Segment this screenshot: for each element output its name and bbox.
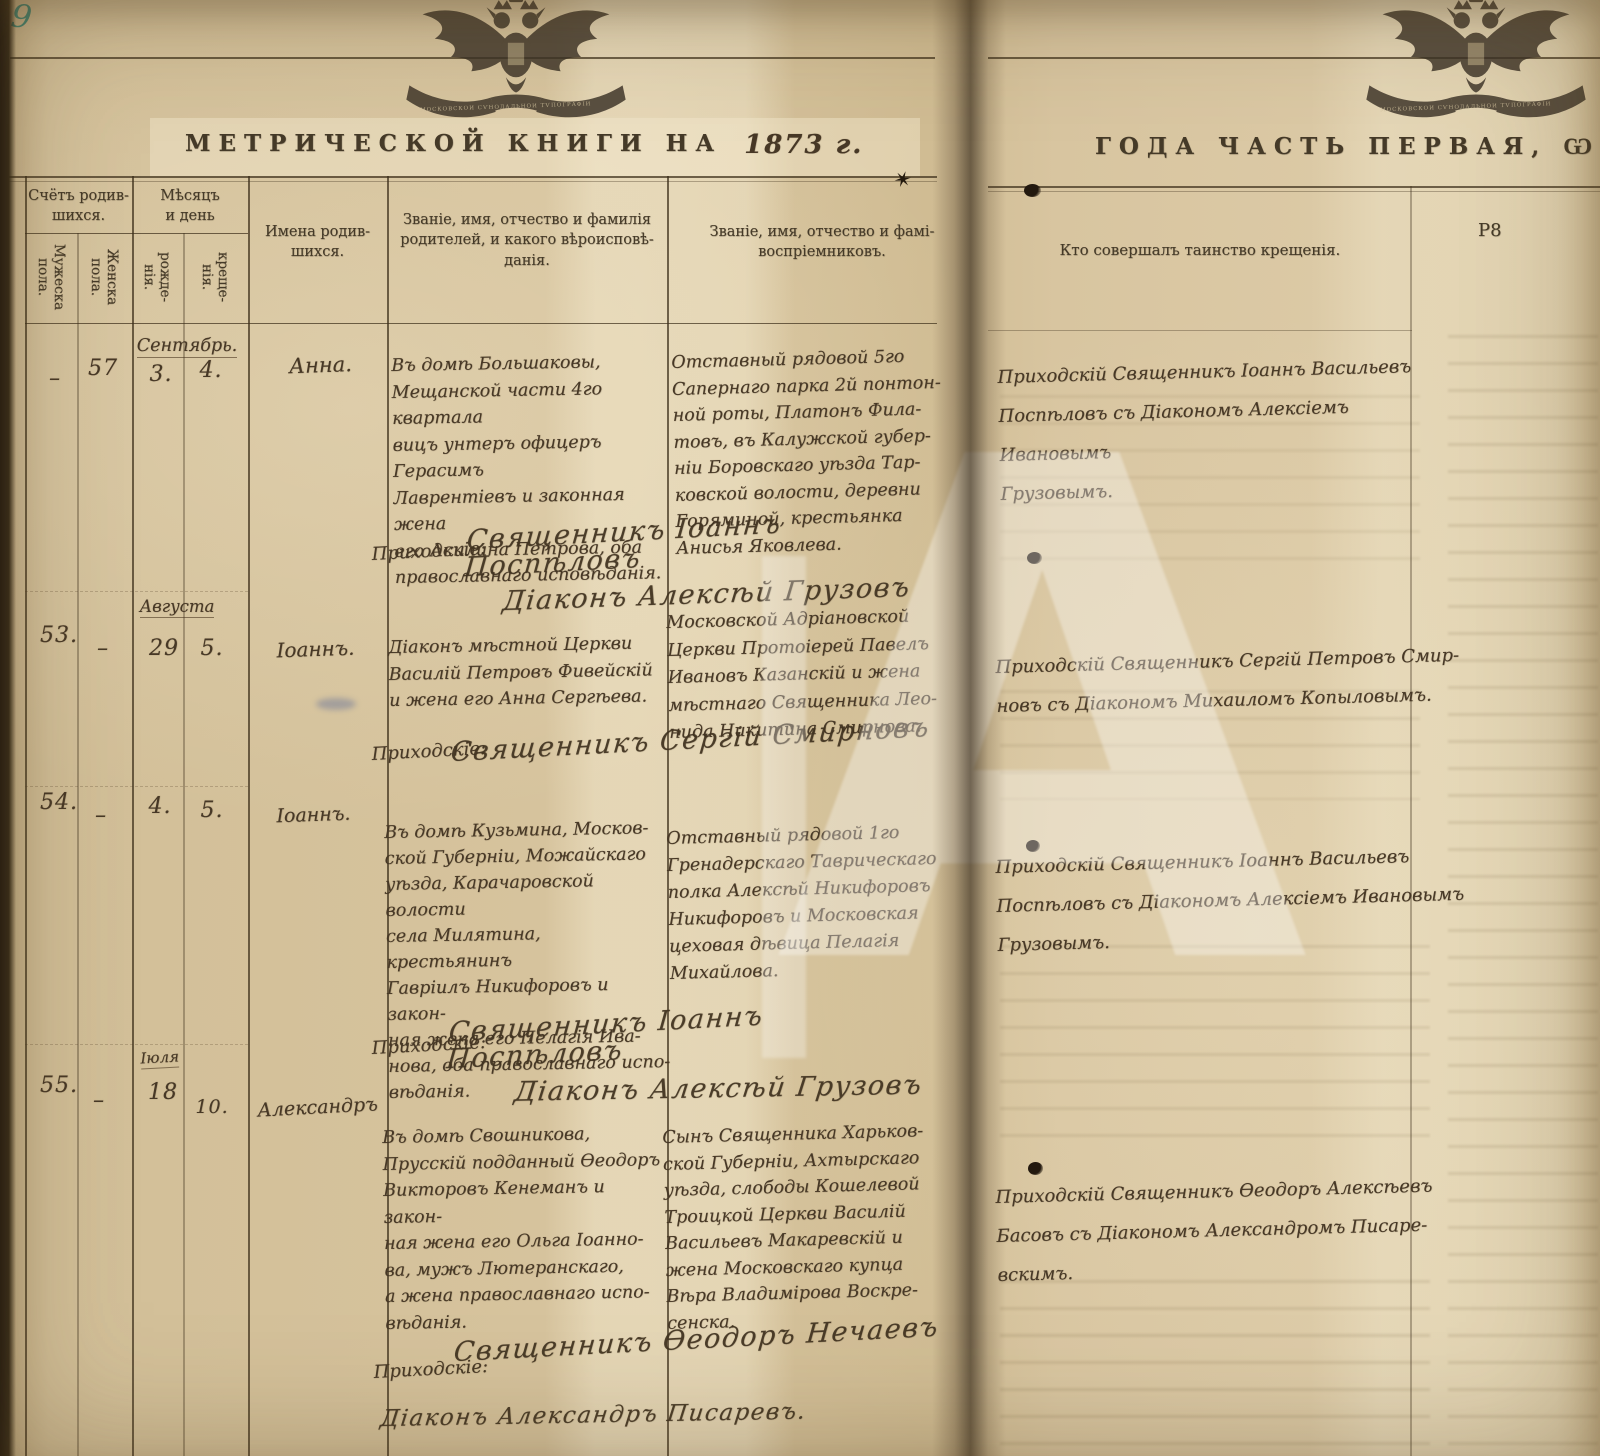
entry4-month: Іюля: [130, 1043, 189, 1072]
vrule-date-names: [248, 176, 250, 1456]
entry4-baptized-day: 10.: [192, 1094, 232, 1121]
entry1-name: Анна.: [268, 350, 373, 380]
colhead-baptized: креще- нія.: [197, 227, 233, 327]
entry1-male-count: –: [40, 366, 70, 393]
table-top-rule-left: [8, 176, 937, 178]
colhead-performed-by: Кто совершалъ таинство крещенія.: [1000, 240, 1400, 261]
table-top-rule-right: [988, 186, 1600, 188]
punch-hole: [1027, 552, 1042, 564]
ink-smudge-blue: [316, 698, 356, 710]
colhead-parents: Званіе, имя, отчество и фамилія родителе…: [390, 210, 664, 271]
entry4-female-count: –: [86, 1088, 112, 1115]
left-page-title: МЕТРИЧЕСКОЙ КНИГИ НА 1873 г.: [185, 130, 857, 157]
entry2-baptized-day: 5.: [196, 636, 228, 663]
row-separator: [25, 786, 248, 787]
right-margin-fragment: Р8: [1478, 220, 1502, 241]
colhead-names: Имена родив- шихся.: [252, 222, 383, 263]
left-page-title-printed: МЕТРИЧЕСКОЙ КНИГИ НА: [185, 130, 722, 157]
entry2-parents: Діаконъ мѣстной Церкви Василій Петровъ Ф…: [388, 630, 665, 714]
book-binding-edge: [0, 0, 16, 1456]
colhead-male: Мужеска пола.: [33, 227, 69, 327]
punch-hole: [1026, 840, 1040, 852]
entry2-female-count: –: [90, 636, 116, 663]
colhead-born: рожде- нія.: [139, 227, 175, 327]
bleed-through-block-3: [1000, 945, 1430, 1145]
entry3-godparents: Отставный рядовой 1го Гренадерскаго Тавр…: [666, 819, 954, 988]
entry2-performed-by: Приходскій Священникъ Сергій Петровъ Сми…: [995, 635, 1507, 726]
entry3-performed-by: Приходскій Священникъ Іоаннъ Васильевъ П…: [995, 836, 1468, 965]
entry2-male-count: 53.: [38, 623, 80, 650]
entry3-born-day: 4.: [144, 794, 176, 821]
punch-hole: [1024, 184, 1041, 197]
colhead-female: Женска пола.: [86, 227, 122, 327]
table-top-rule-right-2: [988, 191, 1600, 192]
entry2-name: Іоаннъ.: [258, 634, 373, 664]
entry1-baptized-day: 4.: [194, 358, 228, 385]
entry3-signature-deacon: Діаконъ Алексѣй Грузовъ: [497, 1072, 940, 1106]
entry4-parents: Въ домѣ Свошникова, Прусскій подданный Ѳ…: [382, 1120, 668, 1337]
entry4-godparents: Сынъ Священника Харьков- ской Губерніи, …: [662, 1117, 957, 1337]
colhead-godparents: Званіе, имя, отчество и фамі- воспріемни…: [672, 222, 972, 263]
entry4-name: Александръ: [250, 1091, 385, 1124]
entry1-performed-by: Приходскій Священникъ Іоаннъ Васильевъ П…: [997, 346, 1461, 514]
bleed-through-margin-column: [1448, 335, 1598, 1450]
right-page-title: ГОДА ЧАСТЬ ПЕРВАЯ, Ѡ РО: [1095, 133, 1600, 160]
vrule-table-left-edge: [25, 176, 27, 1456]
page-corner-number: 49: [0, 0, 34, 37]
entry3-female-count: –: [88, 803, 114, 830]
entry3-male-count: 54.: [36, 790, 82, 817]
vrule-male-female: [77, 233, 79, 1456]
eagle-head: [522, 12, 538, 28]
entry1-month: Сентябрь.: [133, 333, 241, 360]
colhead-count-group: Счётъ родив- шихся.: [25, 186, 132, 227]
colhead-date-group: Мѣсяцъ и день: [132, 186, 248, 227]
left-page-title-year: 1873 г.: [744, 130, 863, 160]
entry3-baptized-day: 5.: [196, 798, 228, 825]
metrical-book-scan: 49 МОСКОВСКОЙ СѴНОДАЛЬНОЙ ТѴПОГРАФІИ: [0, 0, 1600, 1456]
table-top-rule-left-2: [8, 181, 937, 182]
entry2-born-day: 29: [146, 636, 182, 663]
entry3-name: Іоаннъ.: [256, 800, 371, 830]
vrule-count-date: [132, 176, 134, 1456]
entry4-male-count: 55.: [36, 1073, 82, 1100]
entry1-born-day: 3.: [146, 362, 176, 389]
entry2-month: Августа: [131, 594, 223, 621]
header-bottom-rule-right: [988, 330, 1412, 331]
entry4-performed-by: Приходскій Священникъ Ѳеодоръ Алексѣевъ …: [995, 1165, 1478, 1295]
entry4-signature-deacon: Діаконъ Александръ Писаревъ.: [379, 1398, 822, 1432]
eagle-head: [494, 12, 510, 28]
vrule-birth-baptism: [183, 233, 185, 1456]
ink-blot: ✶: [889, 166, 915, 196]
entry1-female-count: 57: [85, 356, 121, 383]
punch-hole: [1028, 1162, 1043, 1175]
row-separator: [25, 591, 248, 592]
entry4-born-day: 18: [146, 1080, 180, 1107]
bleed-through-block-4: [1000, 1280, 1430, 1456]
